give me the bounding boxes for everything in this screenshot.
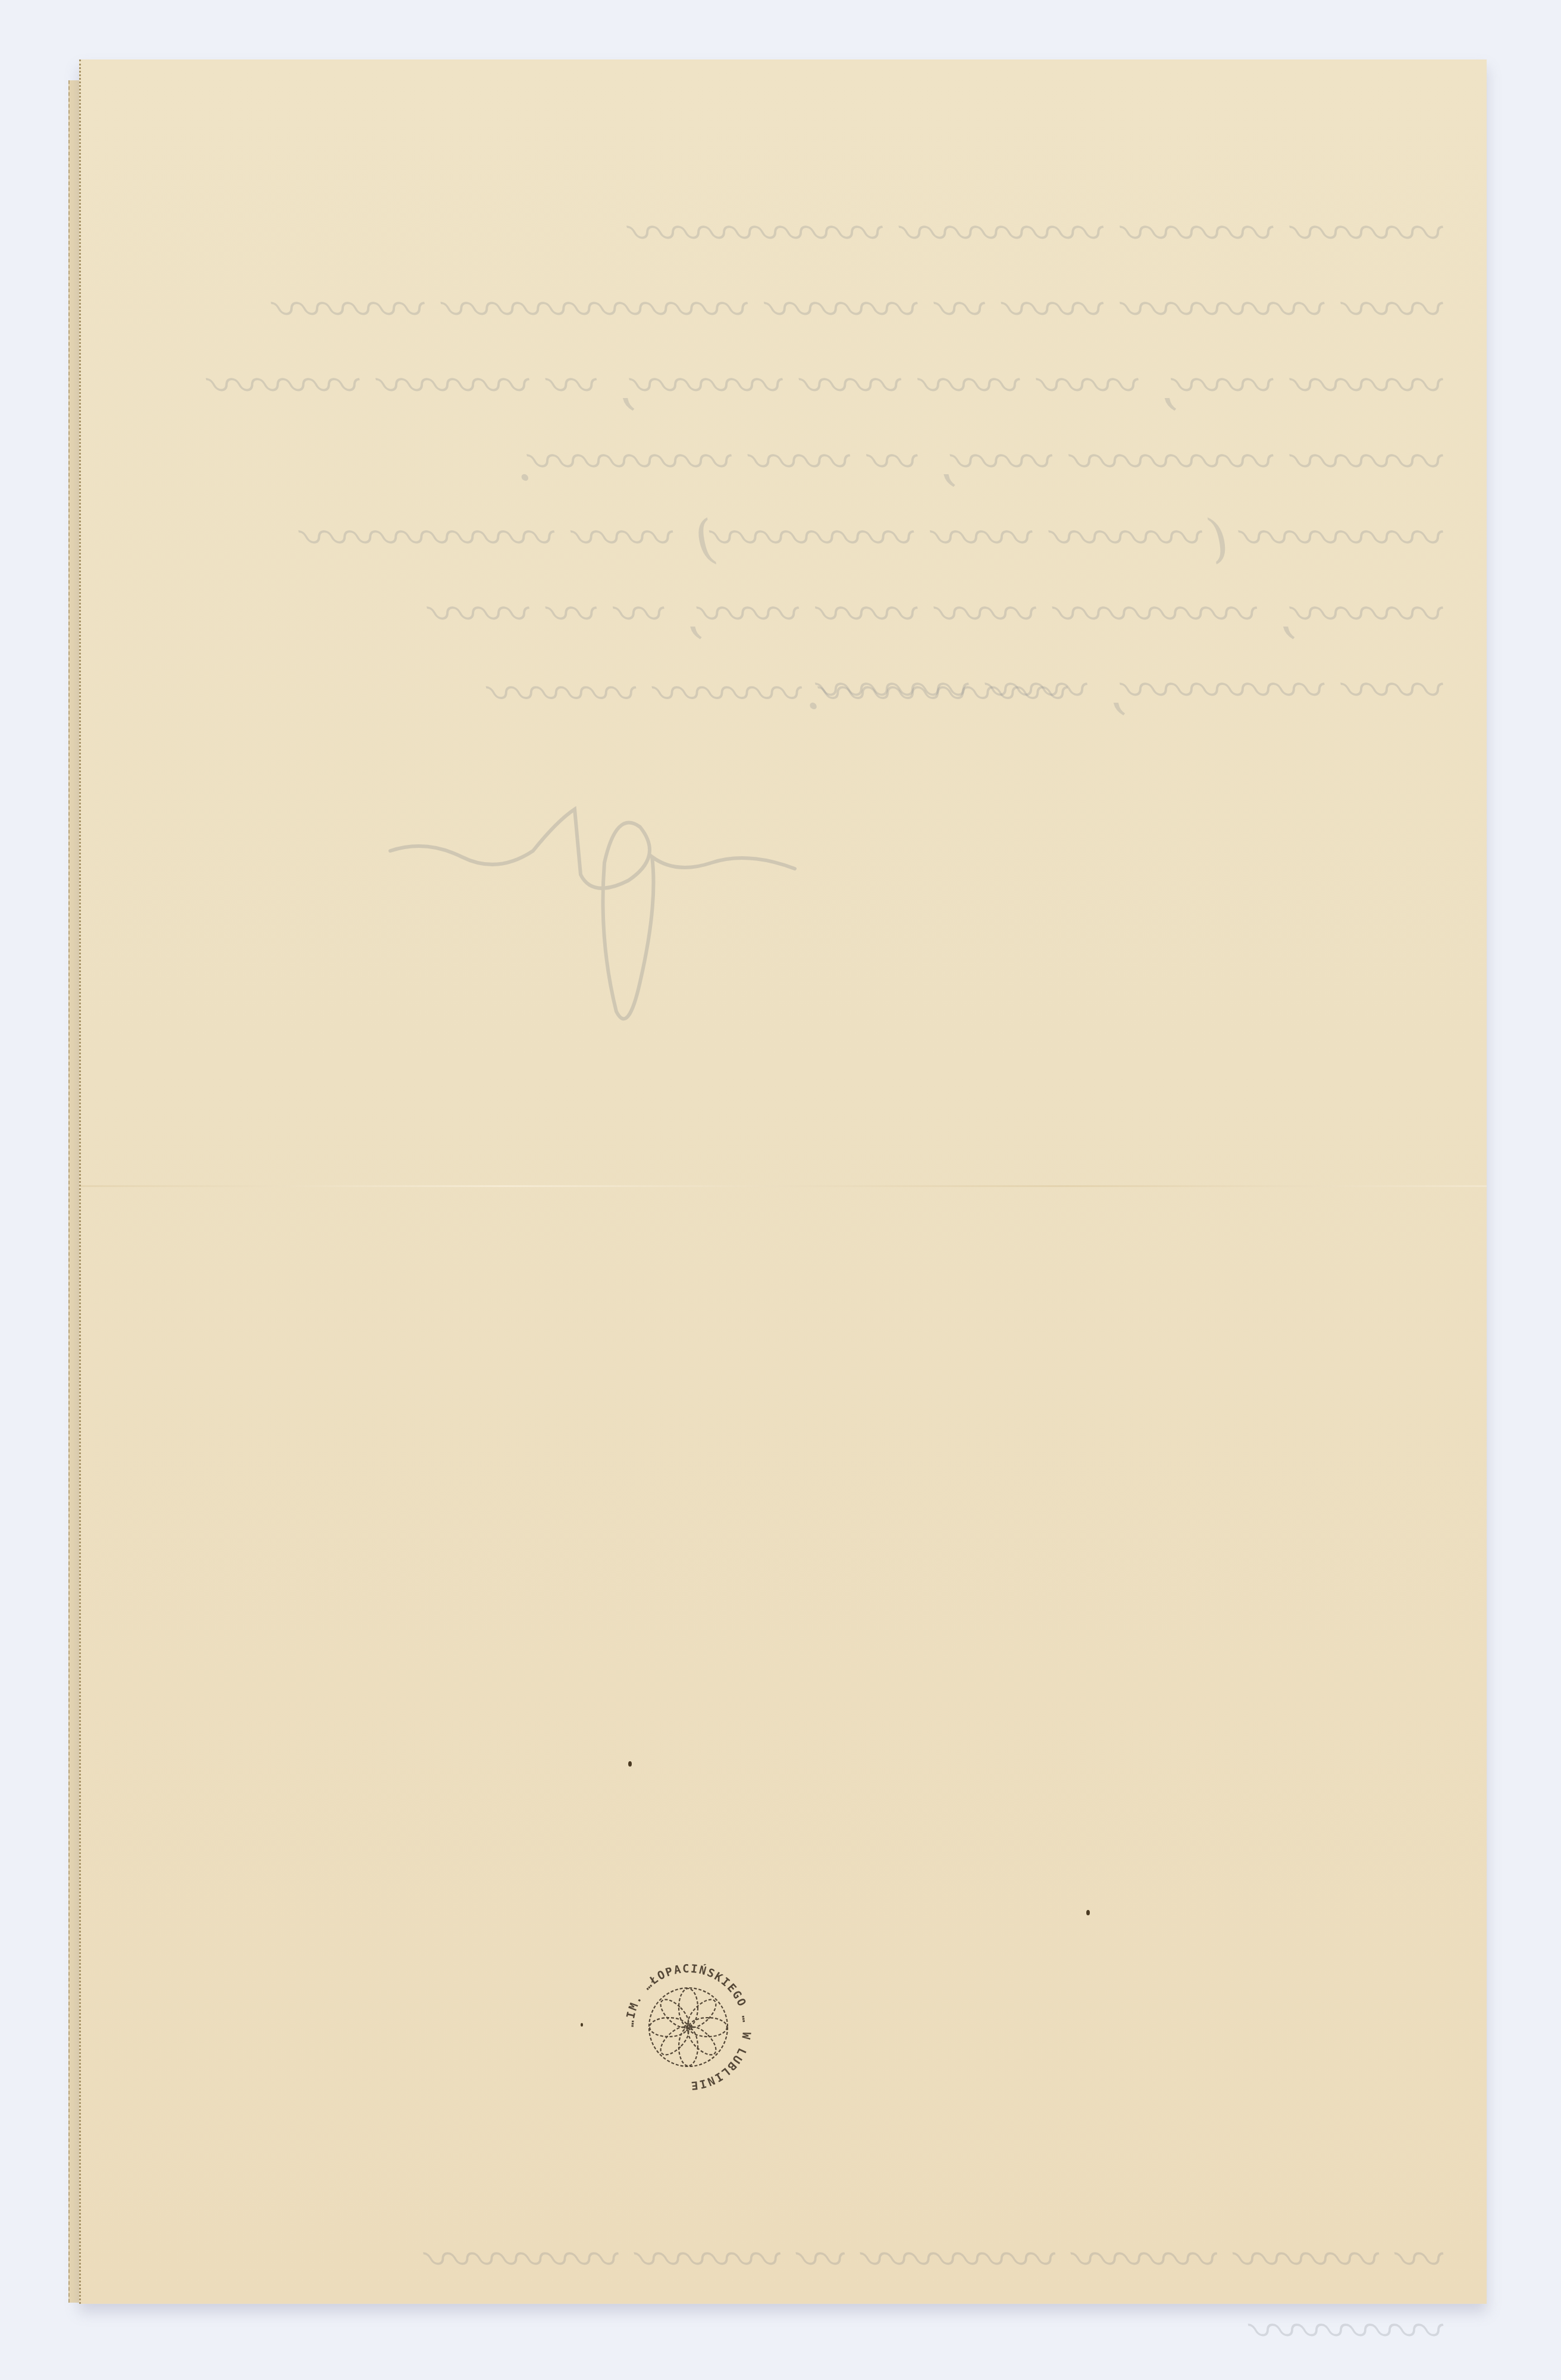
paper-speck — [628, 1761, 632, 1767]
bleed-through-closing: 〰〰〰〰〰 〰〰〰 〰〰〰 — [117, 654, 1449, 726]
bleed-line: 〰〰〰 〰〰, 〰〰 〰〰 〰〰 〰〰〰, 〰 〰〰〰 〰〰〰 — [117, 349, 1449, 425]
bleed-line: 〰〰 〰〰〰〰 〰〰 〰 〰〰〰 〰〰〰〰〰〰 〰〰〰 — [117, 273, 1449, 349]
bleed-line: 〰 〰〰〰 〰〰〰 〰〰〰〰 〰 〰〰〰 〰〰〰〰 — [117, 2225, 1449, 2297]
paper-speck — [581, 2023, 583, 2027]
bleed-through-text-body: 〰〰〰 〰〰〰 〰〰〰〰 〰〰〰〰〰 〰〰 〰〰〰〰 〰〰 〰 〰〰〰 〰〰〰〰… — [117, 196, 1449, 729]
library-stamp: …IM. …ŁOPACIŃSKIEGO … W LUBLINIE — [620, 1959, 757, 2096]
bleed-through-footer: 〰 〰〰〰 〰〰〰 〰〰〰〰 〰 〰〰〰 〰〰〰〰 〰〰〰〰 — [117, 2225, 1449, 2368]
rosette-icon — [650, 1988, 727, 2066]
letter-page: 〰〰〰 〰〰〰 〰〰〰〰 〰〰〰〰〰 〰〰 〰〰〰〰 〰〰 〰 〰〰〰 〰〰〰〰… — [79, 59, 1487, 2304]
paper-speck — [1086, 1910, 1090, 1915]
bleed-line: 〰〰〰〰 (〰〰〰 〰〰 〰〰〰〰) 〰〰 〰〰〰〰〰 — [117, 501, 1449, 577]
bleed-through-signature — [378, 785, 914, 1035]
bleed-line: 〰〰〰, 〰〰〰〰 〰〰 〰〰 〰〰, 〰 〰 〰〰 — [117, 577, 1449, 653]
paper-fold-line — [81, 1185, 1487, 1187]
bleed-line: 〰〰〰 〰〰〰 〰〰〰〰 〰〰〰〰〰 — [117, 196, 1449, 273]
bleed-line: 〰〰〰〰 — [117, 2297, 1449, 2368]
bleed-line: 〰〰〰 〰〰〰〰 〰〰, 〰 〰〰 〰〰〰〰. — [117, 425, 1449, 501]
